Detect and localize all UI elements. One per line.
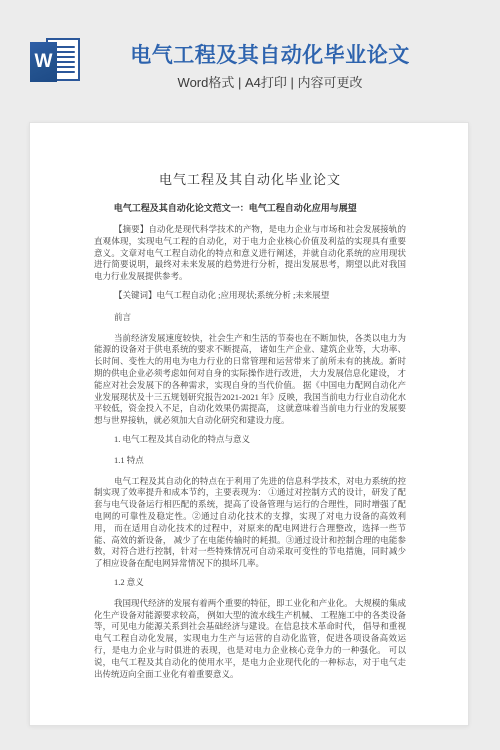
header-text: 电气工程及其自动化毕业论文 Word格式 | A4打印 | 内容可更改: [90, 44, 450, 91]
doc-block-range_title: 电气工程及其自动化论文范文一：电气工程自动化应用与展望: [94, 202, 406, 214]
word-icon: W: [30, 38, 80, 85]
doc-block-paragraph: 电气工程及其自动化的特点在于利用了先进的信息科学技术，对电力系统的控制实现了效率…: [94, 476, 406, 570]
doc-block-keywords: 【关键词】电气工程自动化 ;应用现状;系统分析 ;未来展望: [94, 290, 406, 302]
doc-block-paragraph: 我国现代经济的发展有着两个重要的特征，即工业化和产业化。 大规模的集成化生产设备…: [94, 598, 406, 681]
document-preview-page[interactable]: 电气工程及其自动化毕业论文 电气工程及其自动化论文范文一：电气工程自动化应用与展…: [29, 122, 469, 726]
document-body: 电气工程及其自动化论文范文一：电气工程自动化应用与展望【摘要】自动化是现代科学技…: [94, 202, 406, 680]
doc-block-paragraph: 【摘要】自动化是现代科学技术的产物，是电力企业与市场和社会发展接轨的直观体现，实…: [94, 224, 406, 283]
template-title: 电气工程及其自动化毕业论文: [90, 44, 450, 68]
word-icon-letter: W: [30, 42, 57, 82]
header: W 电气工程及其自动化毕业论文 Word格式 | A4打印 | 内容可更改: [0, 0, 500, 122]
doc-block-heading: 前言: [94, 312, 406, 324]
template-format-info: Word格式 | A4打印 | 内容可更改: [90, 75, 450, 91]
doc-block-paragraph: 当前经济发展速度较快，社会生产和生活的节奏也在不断加快，各类以电力为能源的设备对…: [94, 333, 406, 427]
doc-block-heading: 1. 电气工程及其自动化的特点与意义: [94, 434, 406, 446]
document-title: 电气工程及其自动化毕业论文: [94, 171, 406, 188]
doc-block-heading: 1.2 意义: [94, 577, 406, 589]
doc-block-heading: 1.1 特点: [94, 455, 406, 467]
page-canvas: W 电气工程及其自动化毕业论文 Word格式 | A4打印 | 内容可更改 电气…: [0, 0, 500, 750]
